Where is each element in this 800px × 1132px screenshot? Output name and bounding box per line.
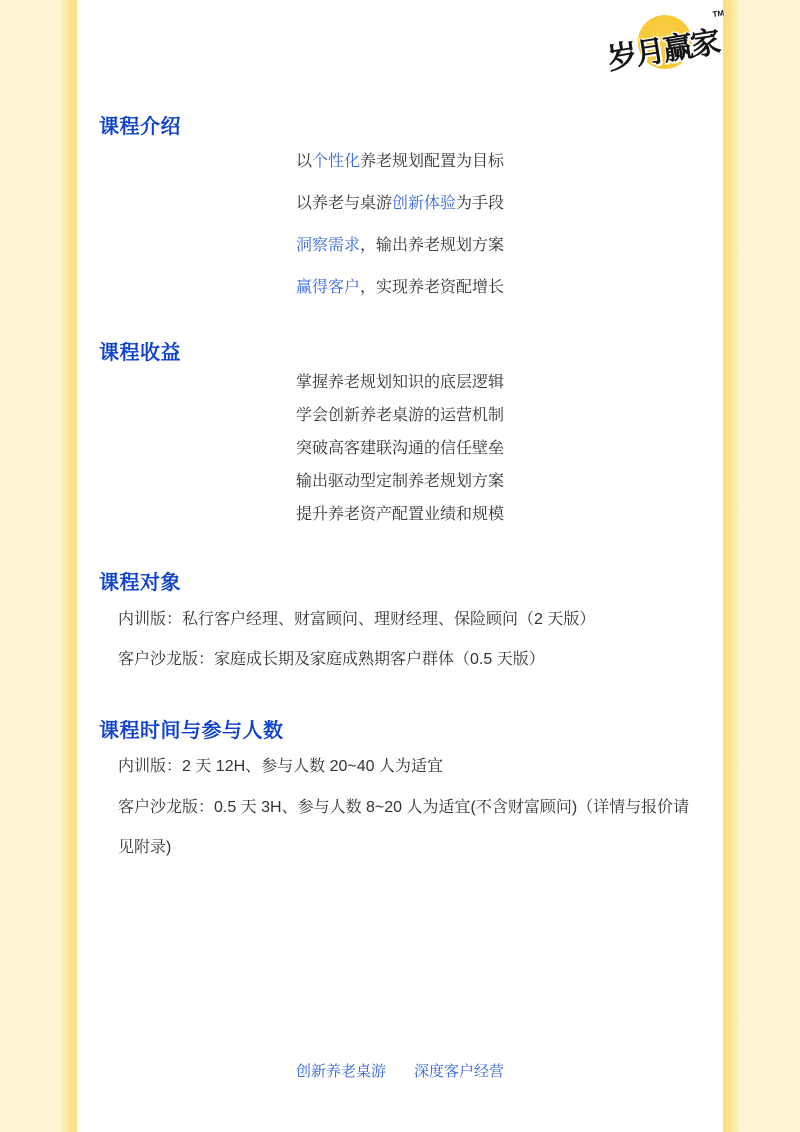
logo-trademark-mark: TM bbox=[712, 8, 725, 19]
benefit-item: 提升养老资产配置业绩和规模 bbox=[77, 503, 723, 527]
benefits-lines: 掌握养老规划知识的底层逻辑 学会创新养老桌游的运营机制 突破高客建联沟通的信任壁… bbox=[77, 371, 723, 536]
benefit-item: 掌握养老规划知识的底层逻辑 bbox=[77, 371, 723, 395]
flyer-page: 岁月赢家 TM 课程介绍 以个性化养老规划配置为目标 以养老与桌游创新体验为手段… bbox=[0, 0, 800, 1132]
section-title-audience: 课程对象 bbox=[99, 566, 181, 595]
intro-line4-highlight: 赢得客户 bbox=[296, 279, 360, 296]
intro-line1-pre: 以 bbox=[296, 153, 312, 170]
intro-line1-highlight: 个性化 bbox=[312, 153, 360, 170]
audience-item: 内训版：私行客户经理、财富顾问、理财经理、保险顾问（2 天版） bbox=[118, 608, 708, 632]
intro-line3-post: ，输出养老规划方案 bbox=[360, 237, 504, 254]
schedule-item: 客户沙龙版：0.5 天 3H、参与人数 8~20 人为适宜(不含财富顾问)（详情… bbox=[118, 788, 696, 868]
right-yellow-border bbox=[723, 0, 800, 1132]
left-yellow-border bbox=[0, 0, 77, 1132]
intro-lines: 以个性化养老规划配置为目标 以养老与桌游创新体验为手段 洞察需求，输出养老规划方… bbox=[77, 150, 723, 318]
schedule-item: 内训版：2 天 12H、参与人数 20~40 人为适宜 bbox=[118, 755, 708, 779]
intro-line3-highlight: 洞察需求 bbox=[296, 237, 360, 254]
audience-item: 客户沙龙版：家庭成长期及家庭成熟期客户群体（0.5 天版） bbox=[118, 648, 708, 672]
intro-line: 以养老与桌游创新体验为手段 bbox=[77, 192, 723, 216]
intro-line4-post: ，实现养老资配增长 bbox=[360, 279, 504, 296]
footer-slogan-left: 创新养老桌游 bbox=[296, 1063, 386, 1080]
benefit-item: 输出驱动型定制养老规划方案 bbox=[77, 470, 723, 494]
intro-line2-pre: 以养老与桌游 bbox=[296, 195, 392, 212]
intro-line: 赢得客户，实现养老资配增长 bbox=[77, 276, 723, 300]
section-title-schedule: 课程时间与参与人数 bbox=[99, 714, 284, 743]
schedule-lines: 内训版：2 天 12H、参与人数 20~40 人为适宜 客户沙龙版：0.5 天 … bbox=[118, 755, 708, 868]
logo-wordmark: 岁月赢家 bbox=[604, 17, 722, 78]
intro-line2-post: 为手段 bbox=[456, 195, 504, 212]
intro-line2-highlight: 创新体验 bbox=[392, 195, 456, 212]
benefit-item: 突破高客建联沟通的信任壁垒 bbox=[77, 437, 723, 461]
section-title-benefits: 课程收益 bbox=[99, 336, 181, 365]
intro-line: 洞察需求，输出养老规划方案 bbox=[77, 234, 723, 258]
intro-line1-post: 养老规划配置为目标 bbox=[360, 153, 504, 170]
intro-line: 以个性化养老规划配置为目标 bbox=[77, 150, 723, 174]
brand-logo: 岁月赢家 TM bbox=[600, 3, 730, 83]
audience-lines: 内训版：私行客户经理、财富顾问、理财经理、保险顾问（2 天版） 客户沙龙版：家庭… bbox=[118, 608, 708, 688]
footer-slogan: 创新养老桌游深度客户经营 bbox=[77, 1062, 723, 1082]
section-title-intro: 课程介绍 bbox=[99, 110, 181, 139]
footer-slogan-right: 深度客户经营 bbox=[414, 1063, 504, 1080]
benefit-item: 学会创新养老桌游的运营机制 bbox=[77, 404, 723, 428]
